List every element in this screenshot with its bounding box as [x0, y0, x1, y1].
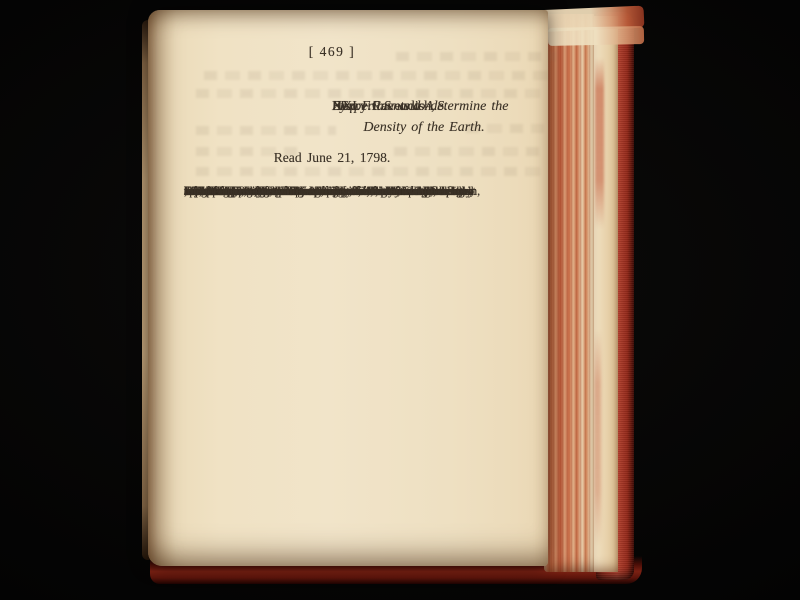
text-segment: intended to use were: [184, 184, 281, 199]
read-date-line: Read June 21, 1798.: [148, 150, 516, 166]
show-through-text: [196, 167, 548, 176]
fore-edge-red-streak: [595, 58, 604, 228]
fore-edge-page-stack: [544, 14, 594, 572]
fanned-page-corner: [548, 26, 644, 46]
fore-edge-red-streak: [594, 330, 601, 545]
show-through-text: [204, 71, 554, 80]
book-page: [ 469 ] XXI. Experiments to determine th…: [148, 10, 548, 566]
text-segment: Esq. F.R.S. and A.S.: [332, 96, 448, 117]
page-number: [ 469 ]: [148, 44, 516, 60]
show-through-text: [196, 126, 336, 135]
photo-background: [ 469 ] XXI. Experiments to determine th…: [0, 0, 800, 600]
